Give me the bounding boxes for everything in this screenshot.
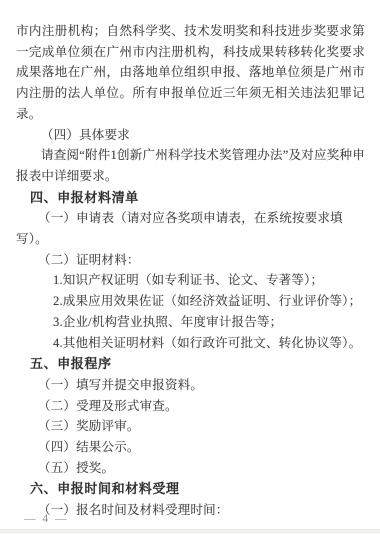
section-heading-procedure: 五、申报程序 <box>16 354 365 375</box>
list-subitem-application-effect: 2.成果应用效果佐证（如经济效益证明、行业评价等）； <box>16 291 365 312</box>
list-item-award-evaluation: （三）奖励评审。 <box>16 416 365 437</box>
list-item-application-form: （一）申请表（请对应各奖项申请表，在系统按要求填写）。 <box>16 208 365 249</box>
section-heading-materials: 四、申报材料清单 <box>16 188 365 209</box>
section-heading-time: 六、申报时间和材料受理 <box>16 479 365 500</box>
paragraph-eligibility: 市内注册机构；自然科学奖、技术发明奖和科技进步奖要求第一完成单位须在广州市内注册… <box>16 21 365 125</box>
subheading-specific-requirements: （四）具体要求 <box>16 125 365 146</box>
list-subitem-ip-proof: 1.知识产权证明（如专利证书、论文、专著等）； <box>16 270 365 291</box>
list-subitem-other-proof: 4.其他相关证明材料（如行政许可批文、转化协议等）。 <box>16 333 365 354</box>
list-item-result-publicity: （四）结果公示。 <box>16 437 365 458</box>
document-page: 市内注册机构；自然科学奖、技术发明奖和科技进步奖要求第一完成单位须在广州市内注册… <box>0 0 380 534</box>
list-subitem-business-license: 3.企业/机构营业执照、年度审计报告等； <box>16 312 365 333</box>
page-number: — 4 — <box>24 513 69 525</box>
list-item-award-granting: （五）授奖。 <box>16 458 365 479</box>
list-item-fill-submit: （一）填写并提交申报资料。 <box>16 375 365 396</box>
list-item-acceptance-review: （二）受理及形式审查。 <box>16 396 365 417</box>
paragraph-refer-attachment: 请查阅“附件1创新广州科学技术奖管理办法”及对应奖种申报表中详细要求。 <box>16 145 365 186</box>
page-bottom-edge <box>0 529 380 534</box>
list-item-proof-materials: （二）证明材料： <box>16 250 365 271</box>
